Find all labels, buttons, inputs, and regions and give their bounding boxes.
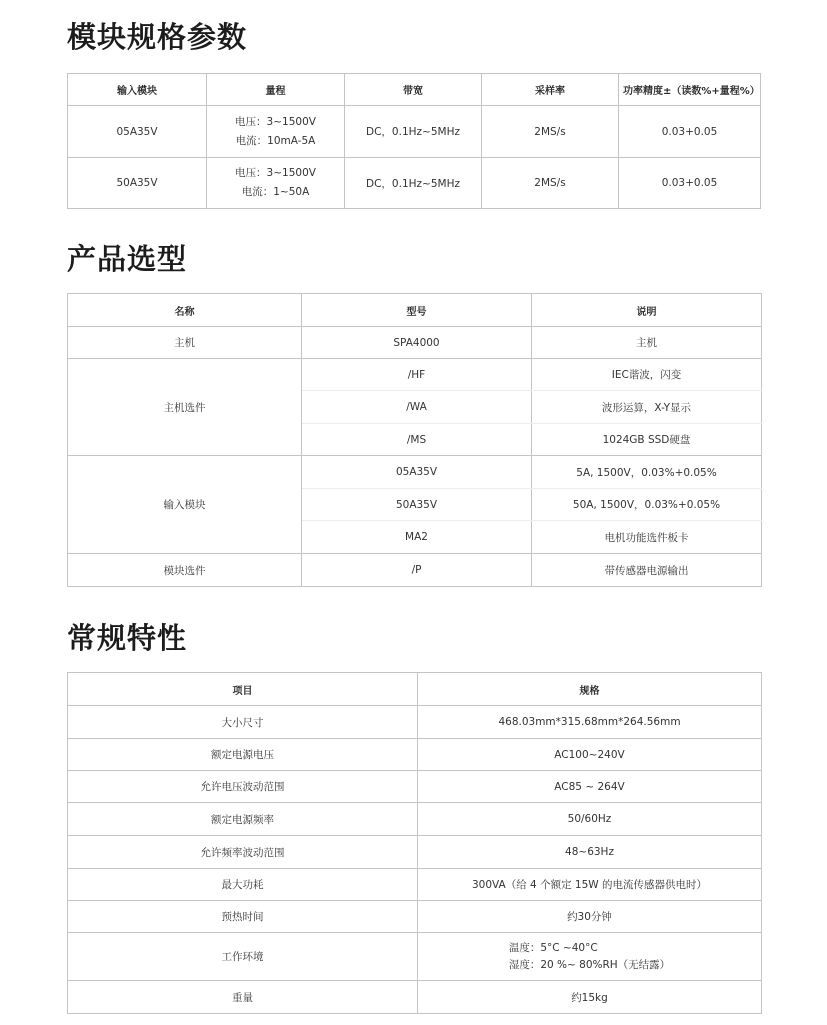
general-title: 常规特性 — [67, 621, 187, 655]
cell-item: 允许频率波动范围 — [68, 836, 418, 869]
cell-description: 5A, 1500V，0.03%+0.05% — [532, 456, 762, 489]
module-specs-table: 输入模块 量程 带宽 采样率 功率精度±（读数%+量程%） 05A35V 电压：… — [67, 73, 761, 209]
cell-item: 额定电源电压 — [68, 739, 418, 771]
table-row: 工作环境 温度：5°C ~40°C 湿度：20 %~ 80%RH（无结露） — [68, 933, 762, 981]
product-selection-title: 产品选型 — [67, 242, 187, 276]
cell-sample-rate: 2MS/s — [482, 158, 619, 209]
header-accuracy: 功率精度±（读数%+量程%） — [619, 74, 761, 106]
table-row: 允许电压波动范围 AC85 ~ 264V — [68, 771, 762, 803]
cell-range: 电压：3~1500V 电流：10mA-5A — [207, 106, 345, 158]
cell-item: 工作环境 — [68, 933, 418, 981]
table-row: 额定电源频率 50/60Hz — [68, 803, 762, 836]
header-model: 型号 — [302, 294, 532, 327]
header-item: 项目 — [68, 673, 418, 706]
table-row: 模块选件 /P 带传感器电源输出 — [68, 554, 762, 587]
table-header-row: 项目 规格 — [68, 673, 762, 706]
cell-range: 电压：3~1500V 电流：1~50A — [207, 158, 345, 209]
header-sample-rate: 采样率 — [482, 74, 619, 106]
table-row: 大小尺寸 468.03mm*315.68mm*264.56mm — [68, 706, 762, 739]
cell-model: 05A35V — [302, 456, 532, 489]
cell-description: 电机功能选件板卡 — [532, 521, 762, 554]
cell-model: /MS — [302, 424, 532, 456]
humidity-range: 湿度：20 %~ 80%RH（无结露） — [509, 957, 670, 974]
cell-description: 主机 — [532, 327, 762, 359]
cell-accuracy: 0.03+0.05 — [619, 158, 761, 209]
cell-item: 重量 — [68, 981, 418, 1014]
cell-spec: 468.03mm*315.68mm*264.56mm — [418, 706, 762, 739]
table-row: 50A35V 电压：3~1500V 电流：1~50A DC，0.1Hz~5MHz… — [68, 158, 761, 209]
cell-module: 05A35V — [68, 106, 207, 158]
range-current: 电流：1~50A — [211, 183, 340, 202]
table-row: 输入模块 05A35V 5A, 1500V，0.03%+0.05% — [68, 456, 762, 489]
cell-model: /HF — [302, 359, 532, 391]
cell-item: 额定电源频率 — [68, 803, 418, 836]
cell-group-name: 主机选件 — [68, 359, 302, 456]
cell-model: 50A35V — [302, 489, 532, 521]
cell-spec: 50/60Hz — [418, 803, 762, 836]
cell-group-name: 模块选件 — [68, 554, 302, 587]
header-input-module: 输入模块 — [68, 74, 207, 106]
range-voltage: 电压：3~1500V — [211, 113, 340, 132]
cell-model: /WA — [302, 391, 532, 424]
cell-item: 最大功耗 — [68, 869, 418, 901]
temperature-range: 温度：5°C ~40°C — [509, 940, 670, 957]
cell-description: IEC谐波，闪变 — [532, 359, 762, 391]
cell-item: 大小尺寸 — [68, 706, 418, 739]
cell-spec: 约30分钟 — [418, 901, 762, 933]
table-row: 主机选件 /HF IEC谐波，闪变 — [68, 359, 762, 391]
header-range: 量程 — [207, 74, 345, 106]
general-table: 项目 规格 大小尺寸 468.03mm*315.68mm*264.56mm 额定… — [67, 672, 762, 1014]
environment-spec: 温度：5°C ~40°C 湿度：20 %~ 80%RH（无结露） — [509, 940, 670, 974]
table-row: 允许频率波动范围 48~63Hz — [68, 836, 762, 869]
module-specs-title: 模块规格参数 — [67, 20, 247, 54]
cell-item: 预热时间 — [68, 901, 418, 933]
range-voltage: 电压：3~1500V — [211, 164, 340, 183]
table-row: 最大功耗 300VA（给 4 个额定 15W 的电流传感器供电时） — [68, 869, 762, 901]
table-row: 重量 约15kg — [68, 981, 762, 1014]
cell-bandwidth: DC，0.1Hz~5MHz — [345, 158, 482, 209]
table-row: 05A35V 电压：3~1500V 电流：10mA-5A DC，0.1Hz~5M… — [68, 106, 761, 158]
cell-spec: 300VA（给 4 个额定 15W 的电流传感器供电时） — [418, 869, 762, 901]
header-description: 说明 — [532, 294, 762, 327]
table-row: 预热时间 约30分钟 — [68, 901, 762, 933]
cell-description: 50A, 1500V，0.03%+0.05% — [532, 489, 762, 521]
cell-spec: AC85 ~ 264V — [418, 771, 762, 803]
table-row: 主机 SPA4000 主机 — [68, 327, 762, 359]
cell-spec: AC100~240V — [418, 739, 762, 771]
cell-spec: 约15kg — [418, 981, 762, 1014]
header-spec: 规格 — [418, 673, 762, 706]
cell-description: 波形运算，X-Y显示 — [532, 391, 762, 424]
cell-accuracy: 0.03+0.05 — [619, 106, 761, 158]
product-selection-table: 名称 型号 说明 主机 SPA4000 主机 主机选件 /HF IEC谐波，闪变… — [67, 293, 762, 587]
range-current: 电流：10mA-5A — [211, 132, 340, 151]
cell-sample-rate: 2MS/s — [482, 106, 619, 158]
cell-description: 带传感器电源输出 — [532, 554, 762, 587]
cell-model: /P — [302, 554, 532, 587]
cell-spec: 温度：5°C ~40°C 湿度：20 %~ 80%RH（无结露） — [418, 933, 762, 981]
cell-module: 50A35V — [68, 158, 207, 209]
cell-model: MA2 — [302, 521, 532, 554]
cell-item: 允许电压波动范围 — [68, 771, 418, 803]
header-name: 名称 — [68, 294, 302, 327]
cell-group-name: 输入模块 — [68, 456, 302, 554]
cell-model: SPA4000 — [302, 327, 532, 359]
cell-group-name: 主机 — [68, 327, 302, 359]
table-header-row: 输入模块 量程 带宽 采样率 功率精度±（读数%+量程%） — [68, 74, 761, 106]
cell-spec: 48~63Hz — [418, 836, 762, 869]
header-bandwidth: 带宽 — [345, 74, 482, 106]
cell-bandwidth: DC，0.1Hz~5MHz — [345, 106, 482, 158]
table-header-row: 名称 型号 说明 — [68, 294, 762, 327]
table-row: 额定电源电压 AC100~240V — [68, 739, 762, 771]
cell-description: 1024GB SSD硬盘 — [532, 424, 762, 456]
